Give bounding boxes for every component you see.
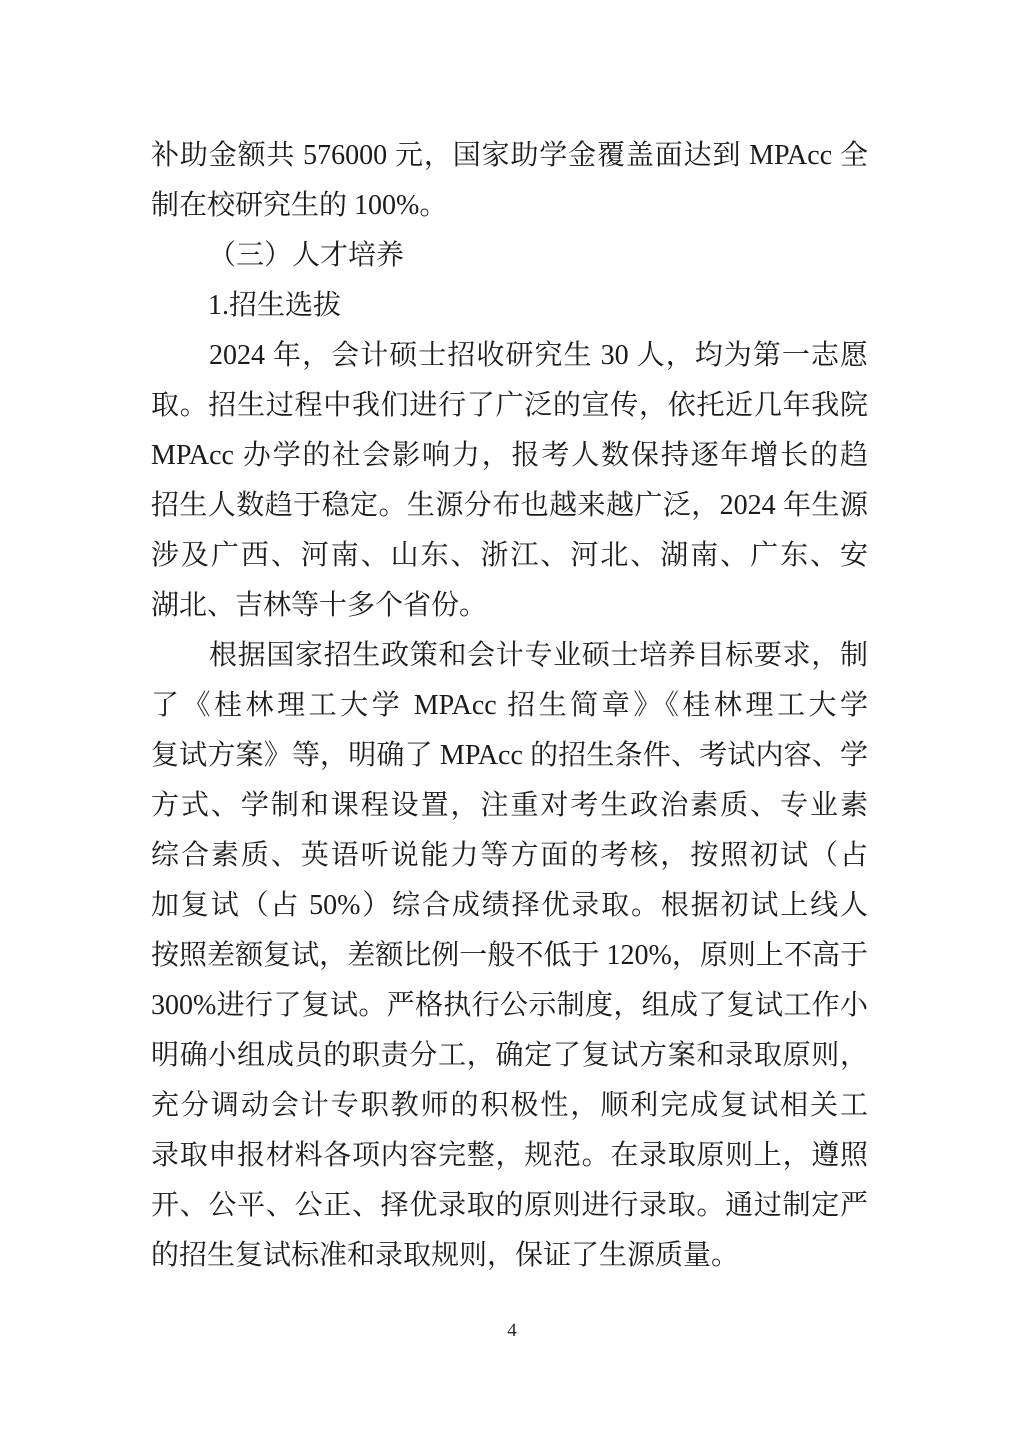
body-line: 根据国家招生政策和会计专业硕士培养目标要求，制定 [151, 631, 868, 681]
body-line: 2024 年，会计硕士招收研究生 30 人，均为第一志愿录 [151, 331, 868, 381]
text-block: 补助金额共 576000 元，国家助学金覆盖面达到 MPAcc 全日 制在校研究… [151, 131, 868, 1281]
body-line: 湖北、吉林等十多个省份。 [151, 581, 868, 631]
body-line: 加复试（占 50%）综合成绩择优录取。根据初试上线人数， [151, 881, 868, 931]
body-line: MPAcc 办学的社会影响力，报考人数保持逐年增长的趋势， [151, 431, 868, 481]
body-line: 综合素质、英语听说能力等方面的考核，按照初试（占 50%） [151, 831, 868, 881]
body-line: 300%进行了复试。严格执行公示制度，组成了复试工作小组， [151, 981, 868, 1031]
document-page: 补助金额共 576000 元，国家助学金覆盖面达到 MPAcc 全日 制在校研究… [0, 0, 1024, 1448]
body-line: 了《桂林理工大学 MPAcc 招生简章》《桂林理工大学 MPAcc [151, 681, 868, 731]
body-line: 制在校研究生的 100%。 [151, 181, 868, 231]
body-line: 补助金额共 576000 元，国家助学金覆盖面达到 MPAcc 全日 [151, 131, 868, 181]
body-line: 明确小组成员的职责分工，确定了复试方案和录取原则，并 [151, 1031, 868, 1081]
section-heading: （三）人才培养 [151, 231, 868, 281]
subsection-heading: 1.招生选拔 [151, 281, 868, 331]
body-line: 开、公平、公正、择优录取的原则进行录取。通过制定严格 [151, 1181, 868, 1231]
body-line: 涉及广西、河南、山东、浙江、河北、湖南、广东、安徽、 [151, 531, 868, 581]
body-line: 方式、学制和课程设置，注重对考生政治素质、专业素质、 [151, 781, 868, 831]
page-number: 4 [0, 1318, 1024, 1344]
body-line: 招生人数趋于稳定。生源分布也越来越广泛，2024 年生源地 [151, 481, 868, 531]
body-line: 的招生复试标准和录取规则，保证了生源质量。 [151, 1231, 868, 1281]
body-line: 复试方案》等，明确了 MPAcc 的招生条件、考试内容、学习 [151, 731, 868, 781]
body-line: 按照差额复试，差额比例一般不低于 120%，原则上不高于 [151, 931, 868, 981]
body-line: 充分调动会计专职教师的积极性，顺利完成复试相关工作。 [151, 1081, 868, 1131]
body-line: 取。招生过程中我们进行了广泛的宣传，依托近几年我院 [151, 381, 868, 431]
body-line: 录取申报材料各项内容完整，规范。在录取原则上，遵照公 [151, 1131, 868, 1181]
